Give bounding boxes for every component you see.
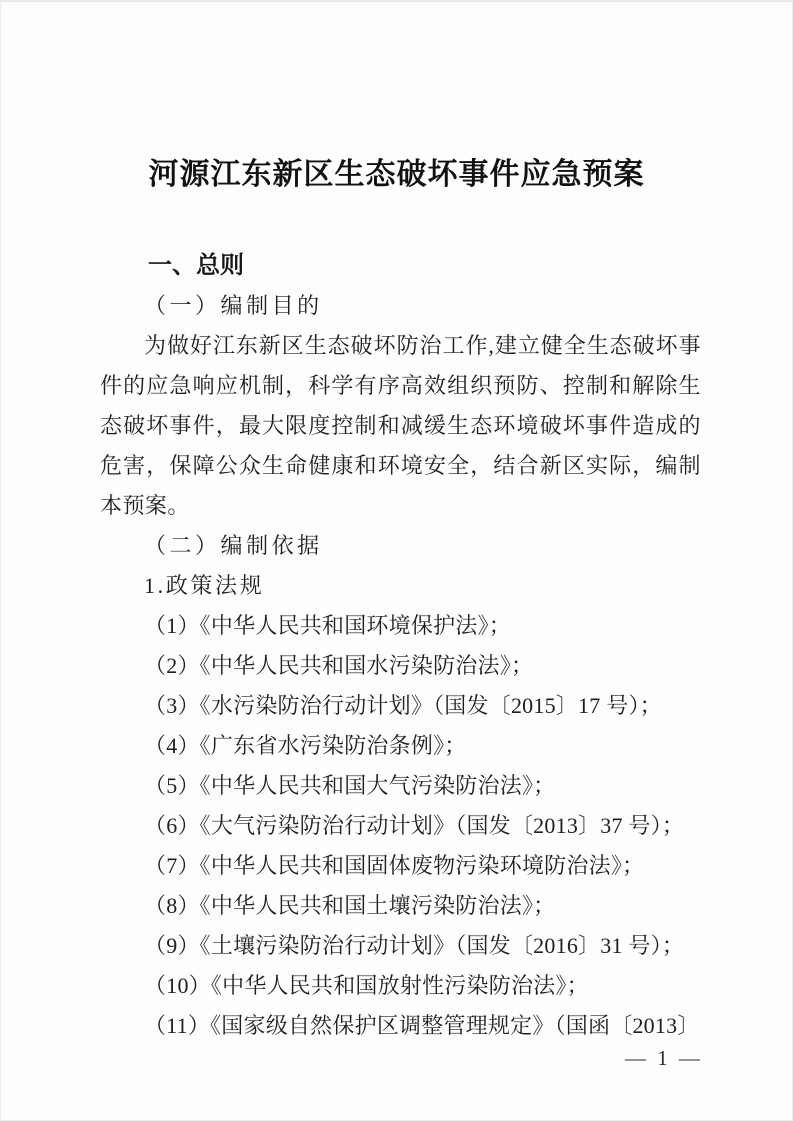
page-number: — 1 — (625, 1046, 703, 1070)
list-item-8: （8）《中华人民共和国土壤污染防治法》； (100, 886, 701, 926)
list-item-11: （11）《国家级自然保护区调整管理规定》（国函〔2013〕 (100, 1006, 701, 1046)
section-heading-general-rules: 一、总则 (100, 246, 701, 286)
list-item-6: （6）《大气污染防治行动计划》（国发〔2013〕37 号）； (100, 806, 701, 846)
list-item-3: （3）《水污染防治行动计划》（国发〔2015〕17 号）； (100, 686, 701, 726)
list-item-4: （4）《广东省水污染防治条例》； (100, 726, 701, 766)
list-item-10: （10）《中华人民共和国放射性污染防治法》； (100, 966, 701, 1006)
list-item-1: （1）《中华人民共和国环境保护法》； (100, 606, 701, 646)
list-item-5: （5）《中华人民共和国大气污染防治法》； (100, 766, 701, 806)
paragraph-compilation-purpose: 为做好江东新区生态破坏防治工作,建立健全生态破坏事件的应急响应机制，科学有序高效… (100, 326, 701, 526)
document-page: 河源江东新区生态破坏事件应急预案 一、总则 （一）编制目的 为做好江东新区生态破… (0, 0, 793, 1121)
list-item-7: （7）《中华人民共和国固体废物污染环境防治法》； (100, 846, 701, 886)
subsection-heading-compilation-basis: （二）编制依据 (100, 526, 701, 566)
subsection-heading-compilation-purpose: （一）编制目的 (100, 286, 701, 326)
list-item-9: （9）《土壤污染防治行动计划》（国发〔2016〕31 号）； (100, 926, 701, 966)
document-title: 河源江东新区生态破坏事件应急预案 (0, 0, 793, 195)
list-item-2: （2）《中华人民共和国水污染防治法》； (100, 646, 701, 686)
document-body: 一、总则 （一）编制目的 为做好江东新区生态破坏防治工作,建立健全生态破坏事件的… (100, 246, 701, 1046)
list-title-policy-regulations: 1.政策法规 (100, 566, 701, 606)
